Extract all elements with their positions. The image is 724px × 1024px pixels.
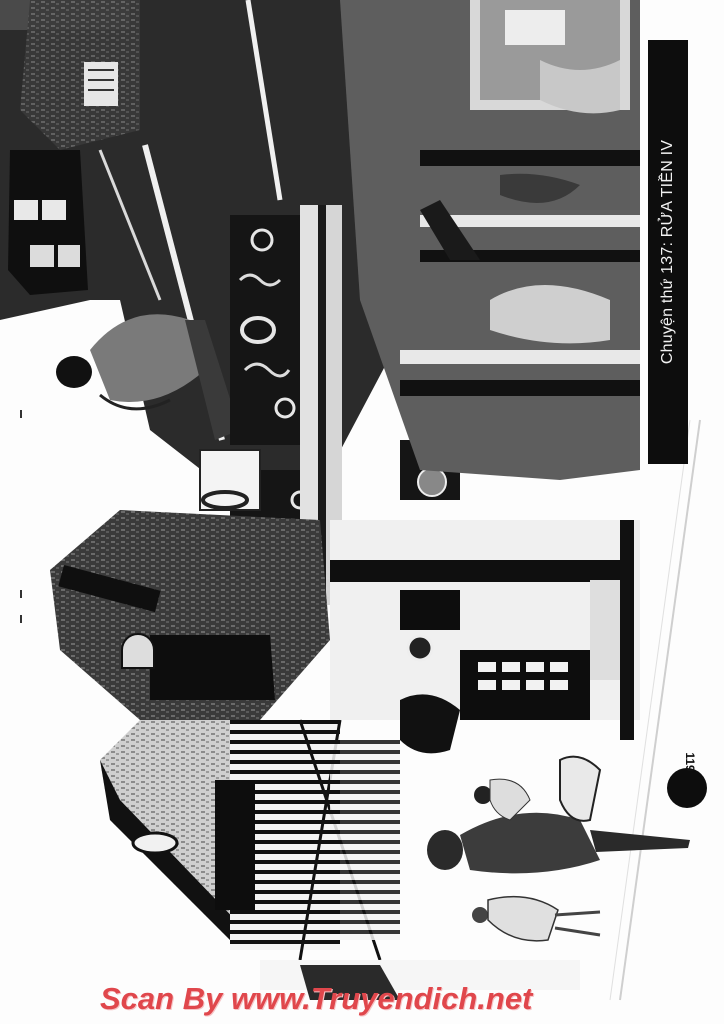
air-conditioner-unit [200, 450, 260, 510]
scan-edge-mark [20, 615, 22, 623]
scan-edge-mark [20, 410, 22, 418]
page-number: 119 [683, 752, 697, 771]
window-upper-left [8, 150, 88, 295]
boy-figure [472, 897, 600, 941]
chapter-title: Chuyện thứ 137: RỬA TIỀN IV [659, 140, 677, 364]
fire-escape [215, 720, 400, 960]
scan-watermark: Scan By www.Truyendich.net [100, 981, 620, 1017]
scan-edge-mark [20, 590, 22, 598]
street-illustration [0, 0, 724, 1024]
shop-window [460, 650, 590, 720]
comic-page: Chuyện thứ 137: RỬA TIỀN IV 119 Scan By … [0, 0, 724, 1024]
ball [667, 768, 707, 808]
